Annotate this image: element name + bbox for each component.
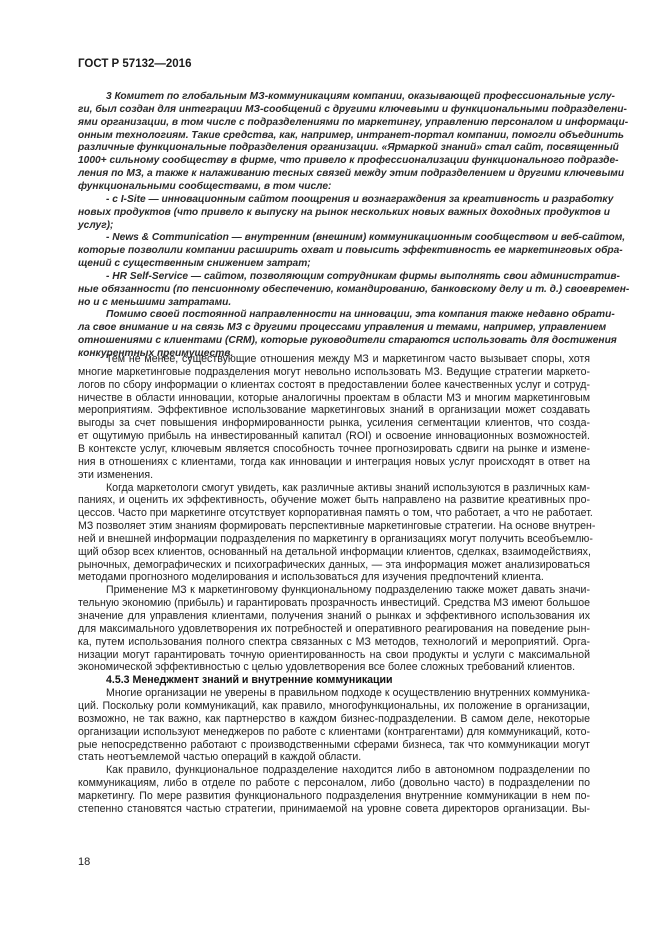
text-line: паниях, и оценить их эффективность, обуч… xyxy=(78,494,590,507)
text-line: - HR Self-Service — сайтом, позволяющим … xyxy=(106,270,590,283)
text-line: Когда маркетологи смогут увидеть, как ра… xyxy=(106,482,590,495)
section-heading: 4.5.3 Менеджмент знаний и внутренние ком… xyxy=(106,674,590,687)
page-number: 18 xyxy=(78,856,90,868)
text-line: - с I-Site — инновационным сайтом поощре… xyxy=(106,193,590,206)
text-line: функциональными сообществами, в том числ… xyxy=(78,180,590,193)
text-line: многие маркетинговые подразделения могут… xyxy=(78,366,590,379)
text-line: ций. Поскольку роли коммуникаций, как пр… xyxy=(78,700,590,713)
text-line: различные функциональные подразделения о… xyxy=(78,141,590,154)
text-line: цессов. Часто при маркетинге отсутствует… xyxy=(78,507,590,520)
text-line: ничестве в области инновации, которые ан… xyxy=(78,392,590,405)
text-line: мероприятиям. Эффективное использование … xyxy=(78,404,590,417)
text-line: маркетингу. По мере развития функциональ… xyxy=(78,790,590,803)
text-line: низации могут гарантировать точную ориен… xyxy=(78,649,590,662)
text-line: 3 Комитет по глобальным МЗ-коммуникациям… xyxy=(106,90,590,103)
text-line: коммуникациям, либо в отделе по работе с… xyxy=(78,777,590,790)
text-line: значение для управления клиентами, получ… xyxy=(78,610,590,623)
text-line: щий обзор всех клиентов, основанный на д… xyxy=(78,546,590,559)
text-line: для максимального удовлетворения их потр… xyxy=(78,623,590,636)
text-line: ет ощутимую прибыль на инвестированный к… xyxy=(78,430,590,443)
text-line: щений с существенным снижением затрат; xyxy=(78,257,590,270)
text-line: экономической эффективностью с целью удо… xyxy=(78,661,590,674)
text-line: 1000+ сильному сообществу в фирме, что п… xyxy=(78,154,590,167)
text-line: новых продуктов (что привело к выпуску н… xyxy=(78,206,590,219)
text-line: Как правило, функциональное подразделени… xyxy=(106,764,590,777)
text-line: но и с меньшими затратами. xyxy=(78,296,590,309)
text-line: логов по сбору информации о клиентах сос… xyxy=(78,379,590,392)
text-line: выгоды за счет повышения информированнос… xyxy=(78,417,590,430)
text-line: возможно, не так важно, как партнерство … xyxy=(78,713,590,726)
text-line: отношениями с клиентами (CRM), которые р… xyxy=(78,334,590,347)
text-line: тельную экономию (прибыль) и гарантирова… xyxy=(78,597,590,610)
text-line: ка, путем использования полного спектра … xyxy=(78,636,590,649)
text-line: ями организации, в том числе с подраздел… xyxy=(78,116,590,129)
text-line: организации используют менеджеров по раб… xyxy=(78,726,590,739)
text-line: ные обязанности (по пенсионному обеспече… xyxy=(78,283,590,296)
text-line: Тем не менее, существующие отношения меж… xyxy=(106,353,590,366)
text-line: рые непосредственно работают с производс… xyxy=(78,739,590,752)
text-line: степенно становятся частью стратегии, пр… xyxy=(78,803,590,816)
text-line: ней и внешней информации подразделения п… xyxy=(78,533,590,546)
text-line: методами прогнозного моделирования и исп… xyxy=(78,571,590,584)
text-line: ла свое внимание и на связь МЗ с другими… xyxy=(78,321,590,334)
text-line: ги, был создан для интеграции МЗ-сообщен… xyxy=(78,103,590,116)
text-line: эти изменения. xyxy=(78,469,590,482)
text-line: В контексте услуг, ключевым является спо… xyxy=(78,443,590,456)
text-line: ления по МЗ, а также к налаживанию тесны… xyxy=(78,167,590,180)
text-line: онным технологиям. Такие средства, как, … xyxy=(78,129,590,142)
text-line: - News & Communication — внутренним (вне… xyxy=(106,231,590,244)
text-line: Помимо своей постоянной направленности н… xyxy=(106,308,590,321)
text-line: стать неотъемлемой частью операций в каж… xyxy=(78,751,590,764)
document-page: ГОСТ Р 57132—2016 3 Комитет по глобальны… xyxy=(0,0,661,935)
document-header: ГОСТ Р 57132—2016 xyxy=(78,58,191,70)
text-line: Многие организации не уверены в правильн… xyxy=(106,687,590,700)
text-line: МЗ позволяет этим знаниям формировать пе… xyxy=(78,520,590,533)
text-line: услуг); xyxy=(78,219,590,232)
text-line: которые позволили компании расширить охв… xyxy=(78,244,590,257)
text-line: рыночных, демографических и психографиче… xyxy=(78,559,590,572)
text-line: ния в отношениях с клиентами, тогда как … xyxy=(78,456,590,469)
text-line: Применение МЗ к маркетинговому функциона… xyxy=(106,584,590,597)
